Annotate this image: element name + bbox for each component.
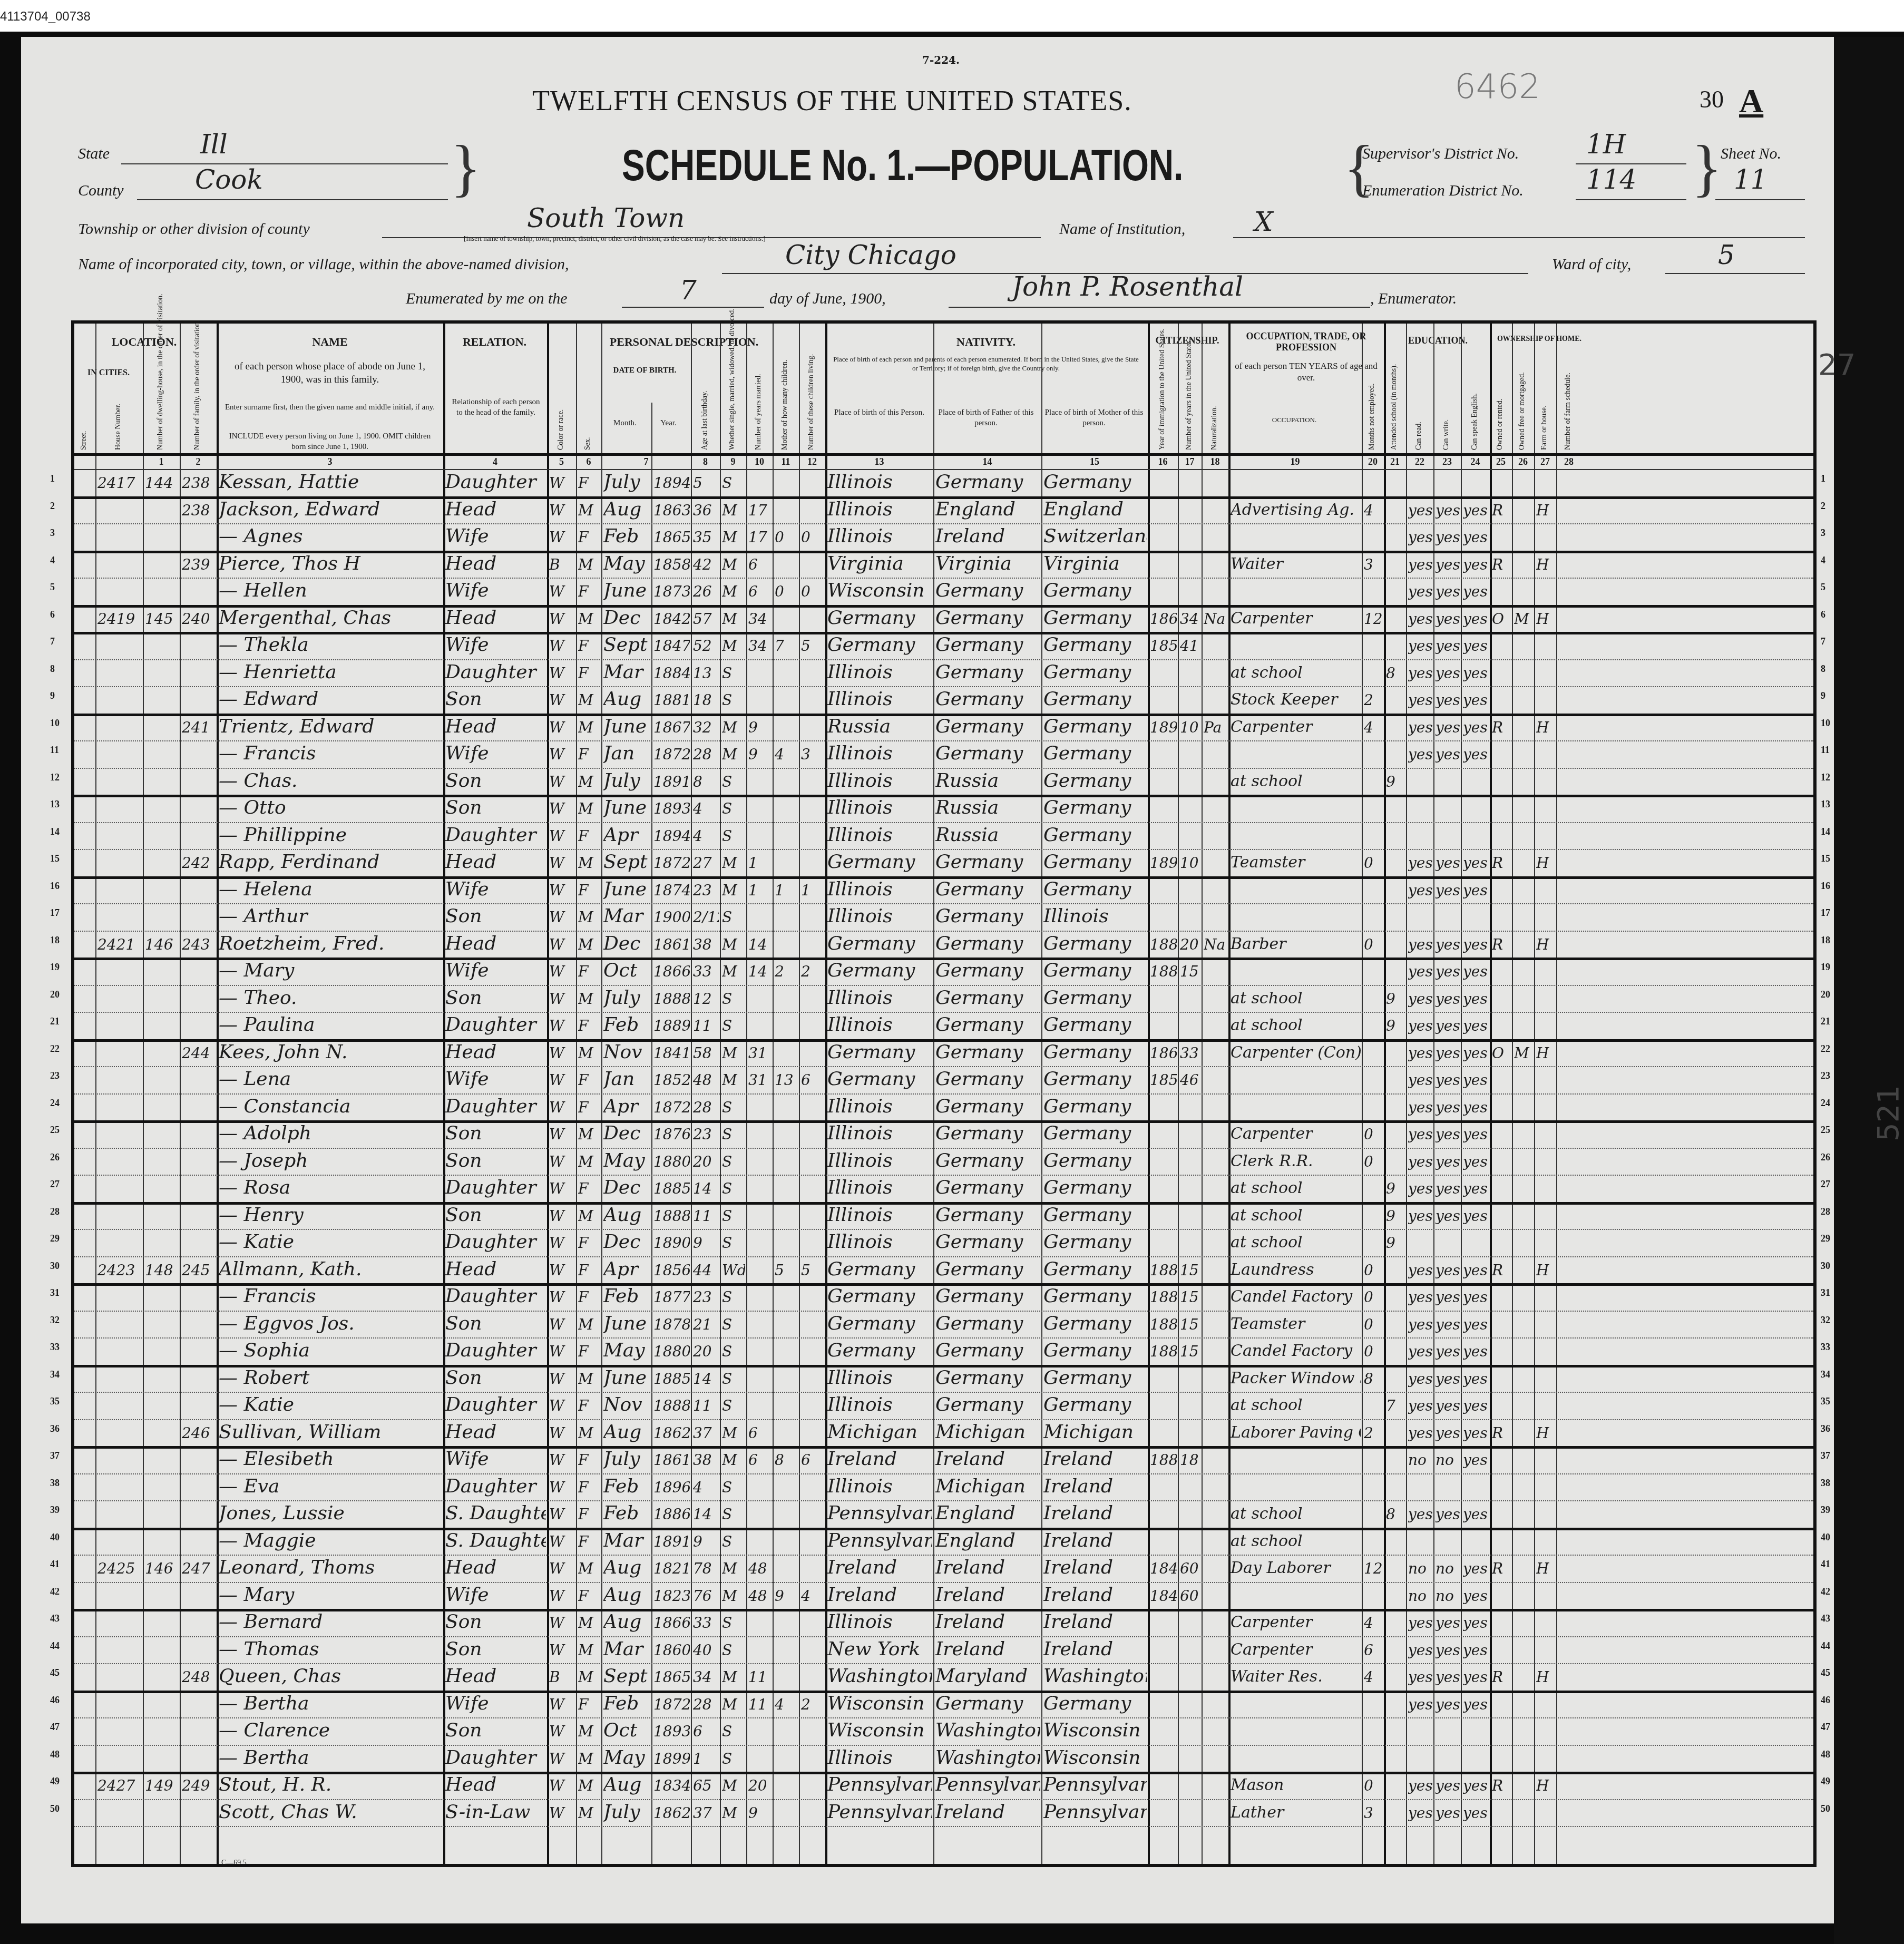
cell-pob: Virginia (827, 553, 932, 574)
county-value: Cook (195, 164, 263, 195)
cell-rel: Daughter (445, 1747, 546, 1769)
row-number-right: 1 (1821, 473, 1825, 484)
cell-sch: 9 (1386, 1207, 1405, 1225)
cell-pobf: Germany (935, 661, 1040, 683)
cell-pob: Illinois (827, 1150, 932, 1171)
cell-year: 1866 (653, 963, 690, 980)
cell-speak: yes (1463, 719, 1489, 736)
cell-pobf: Germany (935, 1394, 1040, 1415)
cell-own: R (1492, 854, 1511, 872)
header-ownership: OWNERSHIP OF HOME. (1492, 335, 1587, 344)
cell-pobf: Germany (935, 1367, 1040, 1389)
cell-fam: 240 (182, 610, 216, 628)
cell-sch: 9 (1386, 1180, 1405, 1197)
table-row: — RobertSonWMJune188514SIllinoisGermanyG… (74, 1365, 1813, 1392)
cell-speak: yes (1463, 1777, 1489, 1794)
column-number: 13 (825, 456, 933, 467)
cell-age: 11 (693, 1207, 719, 1225)
cell-speak: yes (1463, 854, 1489, 872)
cell-speak: yes (1463, 990, 1489, 1008)
cell-pobm: Germany (1043, 1394, 1147, 1415)
cell-pob: Germany (827, 607, 932, 629)
cell-month: June (603, 580, 650, 601)
cell-write: yes (1436, 1696, 1460, 1713)
cell-own: R (1492, 1777, 1511, 1794)
row-number-right: 17 (1821, 907, 1830, 919)
cell-age: 36 (693, 502, 719, 519)
cell-color: W (549, 908, 575, 926)
cell-pobm: Germany (1043, 471, 1147, 493)
cell-name: — Elesibeth (219, 1448, 442, 1470)
cell-pobm: Germany (1043, 1313, 1147, 1334)
cell-age: 20 (693, 1343, 719, 1360)
cell-name: Scott, Chas W. (219, 1801, 442, 1823)
table-row: — SophiaDaughterWFMay188020SGermanyGerma… (74, 1337, 1813, 1365)
cell-pobf: Ireland (935, 1801, 1040, 1823)
cell-occ: Carpenter (Con) (1231, 1043, 1361, 1062)
table-row: — ThomasSonWMMar186040SNew YorkIrelandIr… (74, 1636, 1813, 1664)
cell-year: 1841 (653, 1044, 690, 1062)
cell-pobm: Germany (1043, 1693, 1147, 1714)
cell-year: 1893 (653, 800, 690, 817)
cell-pobm: Wisconsin (1043, 1747, 1147, 1769)
cell-moc: 7 (775, 637, 798, 654)
cell-rel: Wife (445, 580, 546, 601)
column-number: 2 (180, 456, 217, 467)
cell-unemp: 4 (1364, 719, 1383, 736)
cell-write: yes (1436, 1370, 1460, 1388)
cell-read: yes (1408, 1777, 1432, 1794)
cell-fh: H (1536, 1262, 1555, 1279)
cell-rel: Wife (445, 743, 546, 764)
cell-occ: Carpenter (1231, 609, 1361, 628)
cell-moc: 4 (775, 1696, 798, 1713)
cell-rel: Head (445, 499, 546, 520)
cell-sex: F (578, 1533, 600, 1550)
township-value: South Town (527, 203, 685, 233)
column-number: 11 (773, 456, 799, 467)
cell-read: yes (1408, 1099, 1432, 1116)
cell-speak: yes (1463, 1153, 1489, 1170)
cell-mar: S (722, 691, 745, 709)
column-number: 9 (720, 456, 746, 467)
cell-sex: F (578, 1343, 600, 1360)
cell-speak: yes (1463, 1370, 1489, 1388)
cell-own: R (1492, 1560, 1511, 1577)
vertical-header-unemp: Months not employed. (1368, 360, 1376, 450)
cell-color: W (549, 1343, 575, 1360)
cell-month: Apr (603, 1096, 650, 1117)
enumeration-label: Enumeration District No. (1362, 182, 1524, 200)
cell-read: yes (1408, 637, 1432, 654)
cell-pobm: Germany (1043, 634, 1147, 656)
column-number: 26 (1512, 456, 1534, 467)
cell-write: yes (1436, 1777, 1460, 1794)
cell-house: 2427 (97, 1777, 142, 1794)
row-number-left: 33 (50, 1342, 60, 1353)
cell-rel: Son (445, 797, 546, 818)
cell-color: B (549, 556, 575, 573)
enumerator-name: John P. Rosenthal (1012, 271, 1243, 302)
cell-sch: 9 (1386, 1017, 1405, 1034)
cell-pob: Wisconsin (827, 580, 932, 601)
cell-pobm: Germany (1043, 987, 1147, 1009)
cell-occ: at school (1231, 1396, 1361, 1414)
cell-ym: 9 (748, 719, 772, 736)
vertical-header-color: Color or race. (557, 360, 565, 450)
cell-speak: yes (1463, 1451, 1489, 1469)
cell-own: O (1492, 1044, 1511, 1062)
column-number: 28 (1556, 456, 1581, 467)
cell-write: yes (1436, 1424, 1460, 1442)
cell-year: 1876 (653, 1126, 690, 1143)
cell-yus: 15 (1180, 1343, 1200, 1360)
row-number-right: 34 (1821, 1369, 1830, 1380)
cell-sex: M (578, 1614, 600, 1632)
margin-note-mid: 521 (1871, 1085, 1904, 1141)
row-number-right: 7 (1821, 636, 1825, 647)
cell-pob: Pennsylvania (827, 1530, 932, 1551)
cell-color: W (549, 691, 575, 709)
cell-name: Trientz, Edward (219, 716, 442, 737)
table-row: — KatieDaughterWFNov188811SIllinoisGerma… (74, 1392, 1813, 1419)
cell-unemp: 0 (1364, 1316, 1383, 1333)
cell-imm: 1840 (1150, 1560, 1177, 1577)
cell-write: yes (1436, 1071, 1460, 1089)
cell-color: W (549, 1614, 575, 1632)
cell-speak: yes (1463, 1180, 1489, 1197)
table-row: 246Sullivan, WilliamHeadWMAug186237M6Mic… (74, 1419, 1813, 1447)
column-number: 4 (443, 456, 547, 467)
row-number-left: 45 (50, 1667, 60, 1678)
cell-mar: M (722, 882, 745, 899)
cell-month: Mar (603, 1530, 650, 1551)
cell-name: — Adolph (219, 1122, 442, 1144)
enumerated-day: 7 (680, 275, 697, 306)
cell-name: Jackson, Edward (219, 499, 442, 520)
cell-month: Aug (603, 688, 650, 710)
cell-pobm: Germany (1043, 1014, 1147, 1036)
cell-name: — Francis (219, 743, 442, 764)
cell-pobm: Ireland (1043, 1638, 1147, 1660)
cell-rel: Son (445, 1611, 546, 1633)
cell-mar: M (722, 610, 745, 628)
row-number-left: 17 (50, 907, 60, 919)
row-number-right: 6 (1821, 609, 1825, 620)
cell-pobf: Germany (935, 1014, 1040, 1036)
cell-rel: Head (445, 1665, 546, 1687)
cell-read: yes (1408, 1696, 1432, 1713)
cell-sex: F (578, 1099, 600, 1116)
cell-house: 2419 (97, 610, 142, 628)
cell-sex: M (578, 1723, 600, 1740)
county-label: County (78, 182, 124, 200)
cell-pobm: Germany (1043, 770, 1147, 792)
cell-ym: 6 (748, 556, 772, 573)
table-row: 2427149249Stout, H. R.HeadWMAug183465M20… (74, 1772, 1813, 1799)
cell-year: 1847 (653, 637, 690, 654)
cell-age: 34 (693, 1668, 719, 1686)
vertical-header-own: Owned or rented. (1496, 360, 1505, 450)
schedule-title: SCHEDULE No. 1.—POPULATION. (622, 140, 1183, 191)
cell-cl: 0 (801, 529, 824, 546)
city-label: Name of incorporated city, town, or vill… (78, 256, 569, 273)
cell-own: O (1492, 610, 1511, 628)
table-row: — HellenWifeWFJune187326M600WisconsinGer… (74, 578, 1813, 605)
cell-nat: Na (1204, 936, 1227, 953)
row-number-right: 12 (1821, 772, 1830, 783)
cell-dwell: 144 (145, 474, 179, 492)
cell-rel: Daughter (445, 471, 546, 493)
cell-sex: F (578, 1262, 600, 1279)
cell-pobf: Germany (935, 580, 1040, 601)
cell-year: 1872 (653, 746, 690, 763)
row-number-left: 18 (50, 935, 60, 946)
table-row: — MaryWifeWFOct186633M1422GermanyGermany… (74, 958, 1813, 985)
cell-read: yes (1408, 936, 1432, 953)
table-row: — Eggvos Jos.SonWMJune187821SGermanyGerm… (74, 1311, 1813, 1338)
cell-dwell: 149 (145, 1777, 179, 1794)
supervisor-value: 1H (1586, 129, 1626, 160)
cell-rel: Daughter (445, 1285, 546, 1307)
cell-read: yes (1408, 556, 1432, 573)
cell-rel: Head (445, 933, 546, 954)
cell-write: yes (1436, 1207, 1460, 1225)
cell-rel: Son (445, 1638, 546, 1660)
column-number: 12 (799, 456, 825, 467)
row-number-right: 41 (1821, 1559, 1830, 1570)
cell-mar: S (722, 1180, 745, 1197)
cell-pobf: Ireland (935, 1638, 1040, 1660)
cell-sex: M (578, 719, 600, 736)
cell-ym: 6 (748, 583, 772, 600)
cell-yus: 15 (1180, 963, 1200, 980)
column-number: 27 (1534, 456, 1556, 467)
cell-pob: Germany (827, 933, 932, 954)
cell-pob: Germany (827, 634, 932, 656)
cell-age: 33 (693, 963, 719, 980)
cell-color: W (549, 1153, 575, 1170)
row-number-left: 22 (50, 1043, 60, 1054)
cell-mar: S (722, 665, 745, 682)
cell-moc: 2 (775, 963, 798, 980)
cell-month: June (603, 797, 650, 818)
cell-color: W (549, 1397, 575, 1414)
table-row: — OttoSonWMJune18934SIllinoisRussiaGerma… (74, 795, 1813, 822)
cell-sex: M (578, 610, 600, 628)
row-number-right: 13 (1821, 799, 1830, 810)
row-number-left: 2 (50, 501, 55, 512)
cell-name: Allmann, Kath. (219, 1258, 442, 1280)
cell-month: Feb (603, 1285, 650, 1307)
cell-age: 65 (693, 1777, 719, 1794)
cell-year: 1885 (653, 1180, 690, 1197)
cell-mort: M (1514, 1044, 1533, 1062)
occupation-description: of each person TEN YEARS of age and over… (1231, 360, 1381, 384)
cell-cl: 3 (801, 746, 824, 763)
cell-mar: M (722, 1424, 745, 1442)
cell-mar: M (722, 529, 745, 546)
cell-pob: Illinois (827, 688, 932, 710)
cell-age: 52 (693, 637, 719, 654)
cell-imm: 1885 (1150, 1288, 1177, 1306)
cell-sex: F (578, 1479, 600, 1496)
cell-sex: M (578, 1370, 600, 1388)
cell-read: yes (1408, 990, 1432, 1008)
cell-mar: M (722, 1804, 745, 1822)
row-number-right: 29 (1821, 1233, 1830, 1244)
table-row: — TheklaWifeWFSept184752M3475GermanyGerm… (74, 632, 1813, 659)
cell-pobf: Germany (935, 1068, 1040, 1090)
cell-year: 1888 (653, 1207, 690, 1225)
cell-year: 1891 (653, 1533, 690, 1550)
cell-color: W (549, 963, 575, 980)
cell-color: W (549, 990, 575, 1008)
cell-pobf: Germany (935, 743, 1040, 764)
row-number-left: 26 (50, 1152, 60, 1163)
cell-year: 1894 (653, 827, 690, 845)
cell-write: yes (1436, 1044, 1460, 1062)
cell-pobf: Germany (935, 716, 1040, 737)
cell-occ: at school (1231, 663, 1361, 682)
cell-year: 1877 (653, 1288, 690, 1306)
cell-sex: F (578, 637, 600, 654)
table-row: — ElesibethWifeWFJuly186138M686IrelandIr… (74, 1446, 1813, 1473)
census-table: LOCATION. IN CITIES. NAME of each person… (71, 320, 1817, 1867)
cell-unemp: 2 (1364, 1424, 1383, 1442)
cell-pobm: Germany (1043, 580, 1147, 601)
cell-sex: M (578, 1804, 600, 1822)
cell-color: W (549, 827, 575, 845)
cell-age: 38 (693, 1451, 719, 1469)
header-relation: RELATION. (443, 335, 546, 349)
cell-ym: 34 (748, 637, 772, 654)
cell-age: 11 (693, 1017, 719, 1034)
cell-pobf: Germany (935, 688, 1040, 710)
vertical-header-write: Can write. (1442, 360, 1451, 450)
row-number-left: 9 (50, 690, 55, 701)
cell-month: July (603, 1448, 650, 1470)
cell-year: 1888 (653, 990, 690, 1008)
cell-write: yes (1436, 990, 1460, 1008)
cell-name: Jones, Lussie (219, 1502, 442, 1524)
cell-year: 1899 (653, 1750, 690, 1767)
cell-name: Mergenthal, Chas (219, 607, 442, 629)
cell-mar: M (722, 1071, 745, 1089)
cell-month: Aug (603, 1421, 650, 1443)
cell-age: 48 (693, 1071, 719, 1089)
cell-read: yes (1408, 1207, 1432, 1225)
column-number: 6 (576, 456, 601, 467)
cell-pobf: Germany (935, 1122, 1040, 1144)
cell-speak: yes (1463, 1614, 1489, 1632)
cell-age: 40 (693, 1642, 719, 1659)
cell-cl: 2 (801, 963, 824, 980)
cell-sex: M (578, 1777, 600, 1794)
cell-month: July (603, 471, 650, 493)
brace-left: } (451, 132, 481, 204)
cell-unemp: 6 (1364, 1642, 1383, 1659)
vertical-header-street: Street. (80, 360, 89, 450)
cell-read: yes (1408, 1668, 1432, 1686)
cell-imm: 1859 (1150, 637, 1177, 654)
cell-speak: yes (1463, 1288, 1489, 1306)
cell-unemp: 2 (1364, 691, 1383, 709)
cell-speak: yes (1463, 529, 1489, 546)
cell-name: — Mary (219, 1584, 442, 1606)
cell-unemp: 0 (1364, 1262, 1383, 1279)
cell-occ: Teamster (1231, 1315, 1361, 1333)
cell-year: 1891 (653, 773, 690, 790)
table-row: — ClarenceSonWMOct18936SWisconsinWashing… (74, 1717, 1813, 1745)
row-number-left: 42 (50, 1586, 60, 1597)
row-number-left: 6 (50, 609, 55, 620)
cell-fh: H (1536, 610, 1555, 628)
occupation-subheader: OCCUPATION. (1231, 416, 1358, 425)
cell-age: 4 (693, 827, 719, 845)
cell-sex: M (578, 691, 600, 709)
cell-ym: 17 (748, 529, 772, 546)
name-description: of each person whose place of abode on J… (224, 360, 435, 386)
cell-pobm: Ireland (1043, 1530, 1147, 1551)
cell-pob: Illinois (827, 1014, 932, 1036)
cell-pobf: Michigan (935, 1421, 1040, 1443)
cell-mar: S (722, 1479, 745, 1496)
vertical-header-imm: Year of immigration to the United States… (1158, 360, 1167, 450)
date-of-birth-header: DATE OF BIRTH. (601, 366, 688, 376)
name-include-note: INCLUDE every person living on June 1, 1… (224, 432, 435, 452)
footer-code: C—69 5 (221, 1859, 247, 1868)
row-number-left: 3 (50, 527, 55, 539)
cell-sex: F (578, 1180, 600, 1197)
cell-year: 1823 (653, 1587, 690, 1605)
cell-mar: M (722, 963, 745, 980)
row-number-right: 50 (1821, 1803, 1830, 1814)
cell-month: Dec (603, 933, 650, 954)
row-number-left: 40 (50, 1532, 60, 1543)
cell-name: Stout, H. R. (219, 1774, 442, 1795)
cell-imm: 1885 (1150, 963, 1177, 980)
cell-fam: 242 (182, 854, 216, 872)
cell-sex: F (578, 1451, 600, 1469)
cell-age: 9 (693, 1533, 719, 1550)
cell-write: yes (1436, 610, 1460, 628)
cell-color: W (549, 1723, 575, 1740)
cell-month: Apr (603, 824, 650, 846)
cell-write: yes (1436, 1668, 1460, 1686)
row-number-right: 30 (1821, 1261, 1830, 1272)
cell-rel: Wife (445, 878, 546, 900)
cell-pob: Illinois (827, 1367, 932, 1389)
cell-pobf: Germany (935, 607, 1040, 629)
row-number-right: 40 (1821, 1532, 1830, 1543)
table-row: — EdwardSonWMAug188118SIllinoisGermanyGe… (74, 686, 1813, 714)
cell-year: 1862 (653, 1804, 690, 1822)
cell-month: Apr (603, 1258, 650, 1280)
cell-pobm: Germany (1043, 688, 1147, 710)
cell-yus: 10 (1180, 854, 1200, 872)
cell-speak: yes (1463, 1397, 1489, 1414)
cell-occ: at school (1231, 772, 1361, 790)
cell-pob: Germany (827, 1041, 932, 1063)
cell-speak: yes (1463, 1044, 1489, 1062)
cell-year: 1852 (653, 1071, 690, 1089)
cell-ym: 1 (748, 882, 772, 899)
cell-year: 1834 (653, 1777, 690, 1794)
city-value: City Chicago (785, 240, 956, 270)
cell-imm: 1885 (1150, 1316, 1177, 1333)
cell-age: 37 (693, 1804, 719, 1822)
